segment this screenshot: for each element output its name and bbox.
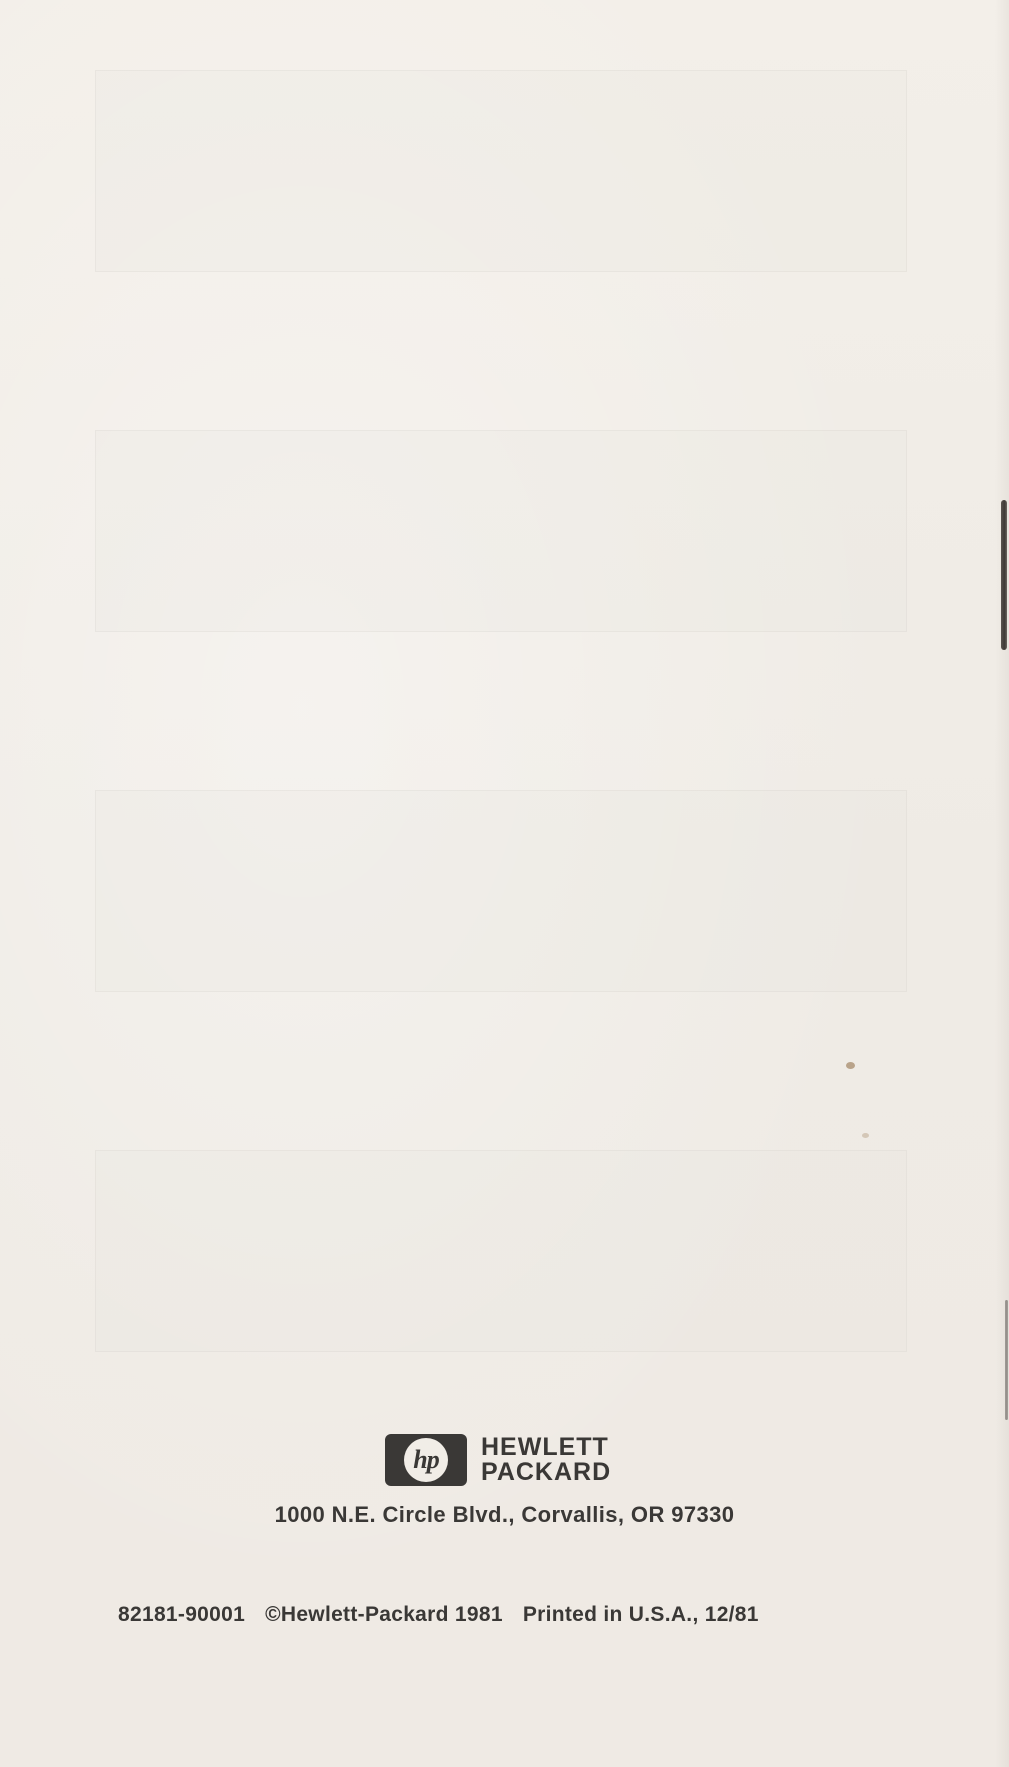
brand-line-2: PACKARD [481, 1460, 611, 1485]
staple [1005, 1300, 1008, 1420]
footer-line: 82181-90001©Hewlett-Packard 1981Printed … [118, 1603, 779, 1627]
show-through-box [95, 70, 907, 272]
paper-speck [862, 1133, 869, 1138]
brand-name: HEWLETT PACKARD [481, 1435, 611, 1485]
copyright: ©Hewlett-Packard 1981 [265, 1603, 503, 1626]
paper-speck [846, 1062, 855, 1069]
brand-line-1: HEWLETT [481, 1435, 611, 1460]
hp-logo-mark: hp [413, 1445, 438, 1475]
show-through-box [95, 1150, 907, 1352]
part-number: 82181-90001 [118, 1603, 245, 1626]
show-through-box [95, 790, 907, 992]
back-cover-page: hp HEWLETT PACKARD 1000 N.E. Circle Blvd… [0, 0, 1009, 1767]
hp-logo-circle: hp [404, 1438, 448, 1482]
staple [1001, 500, 1007, 650]
hp-logo-icon: hp [385, 1434, 467, 1486]
show-through-box [95, 430, 907, 632]
hp-logo: hp HEWLETT PACKARD [385, 1434, 611, 1486]
company-address: 1000 N.E. Circle Blvd., Corvallis, OR 97… [0, 1502, 1009, 1528]
printed-info: Printed in U.S.A., 12/81 [523, 1603, 759, 1626]
